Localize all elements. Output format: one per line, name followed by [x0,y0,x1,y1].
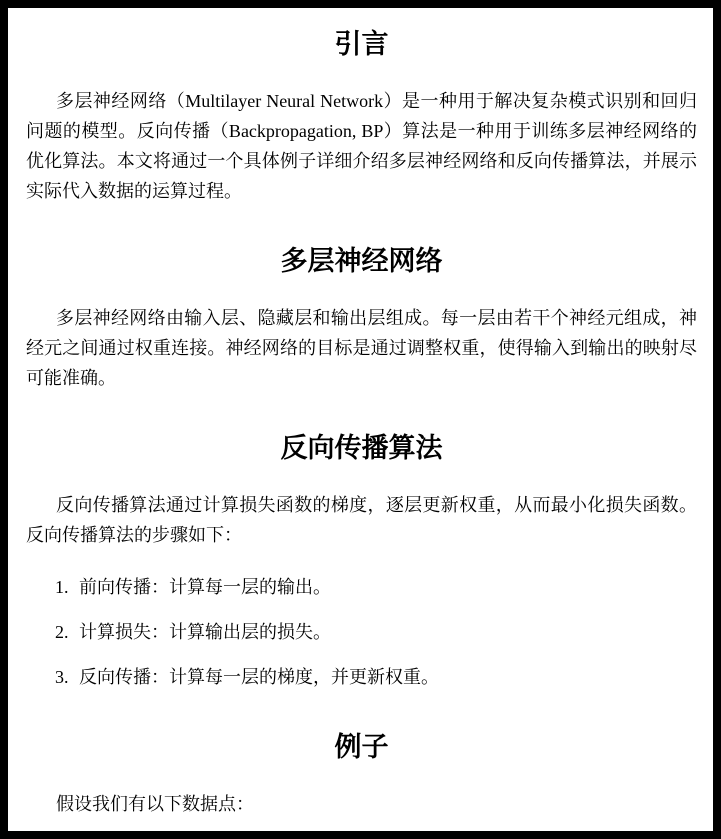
section-title-introduction: 引言 [26,26,697,62]
paragraph-introduction: 多层神经网络（Multilayer Neural Network）是一种用于解决… [26,86,697,206]
section-title-example: 例子 [26,729,697,765]
section-title-backpropagation: 反向传播算法 [26,430,697,466]
list-item-backward-pass: 反向传播：计算每一层的梯度，并更新权重。 [73,662,697,692]
section-introduction: 引言 多层神经网络（Multilayer Neural Network）是一种用… [26,26,697,206]
document-page: 引言 多层神经网络（Multilayer Neural Network）是一种用… [0,0,721,839]
paragraph-multilayer-network: 多层神经网络由输入层、隐藏层和输出层组成。每一层由若干个神经元组成，神经元之间通… [26,303,697,393]
section-example: 例子 假设我们有以下数据点： [26,729,697,819]
backpropagation-steps-list: 前向传播：计算每一层的输出。 计算损失：计算输出层的损失。 反向传播：计算每一层… [26,572,697,692]
list-item-forward-pass: 前向传播：计算每一层的输出。 [73,572,697,602]
section-multilayer-network: 多层神经网络 多层神经网络由输入层、隐藏层和输出层组成。每一层由若干个神经元组成… [26,243,697,393]
section-backpropagation: 反向传播算法 反向传播算法通过计算损失函数的梯度，逐层更新权重，从而最小化损失函… [26,430,697,692]
paragraph-example: 假设我们有以下数据点： [26,789,697,819]
list-item-compute-loss: 计算损失：计算输出层的损失。 [73,617,697,647]
paragraph-backpropagation: 反向传播算法通过计算损失函数的梯度，逐层更新权重，从而最小化损失函数。反向传播算… [26,490,697,550]
section-title-multilayer-network: 多层神经网络 [26,243,697,279]
